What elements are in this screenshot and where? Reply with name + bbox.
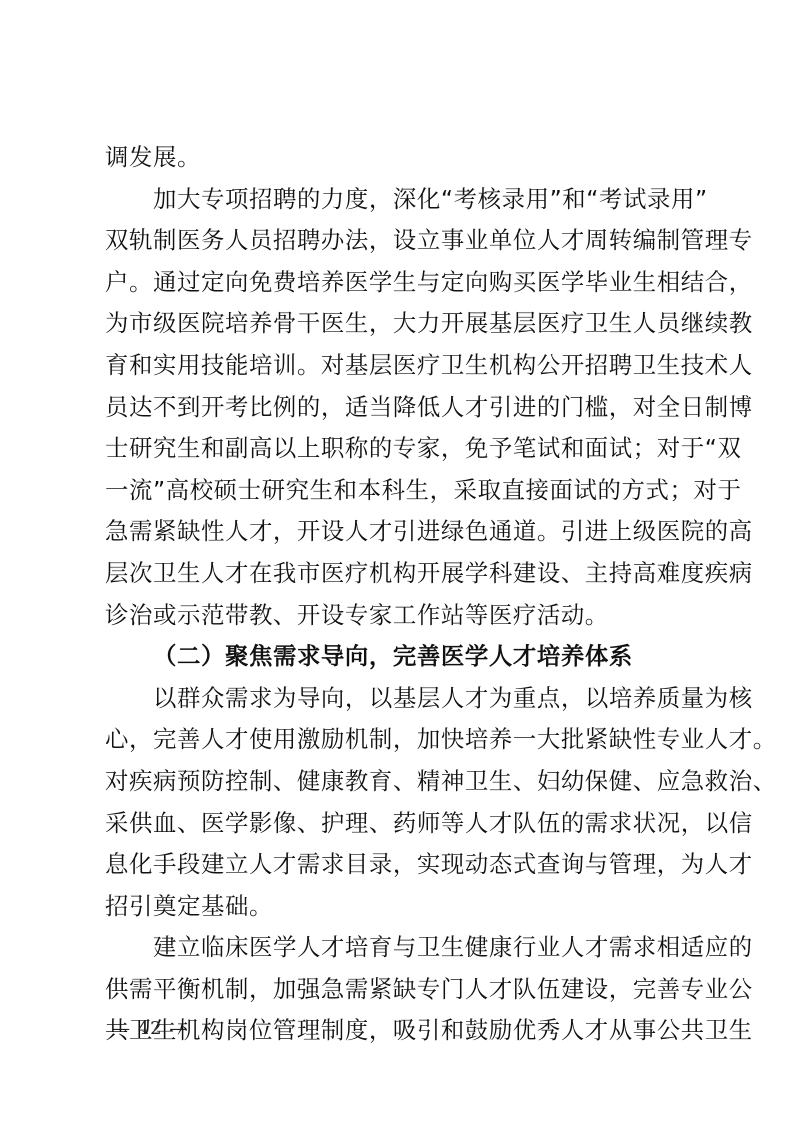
paragraph-line: 士研究生和副高以上职称的专家，免予笔试和面试；对于“双 bbox=[105, 428, 695, 470]
paragraph-line: 为市级医院培养骨干医生，大力开展基层医疗卫生人员继续教 bbox=[105, 303, 695, 345]
paragraph-line: 调发展。 bbox=[105, 137, 695, 179]
paragraph-line: 双轨制医务人员招聘办法，设立事业单位人才周转编制管理专 bbox=[105, 220, 695, 262]
paragraph-line: 一流”高校硕士研究生和本科生，采取直接面试的方式；对于 bbox=[105, 470, 695, 512]
paragraph-line: 员达不到开考比例的，适当降低人才引进的门槛，对全日制博 bbox=[105, 387, 695, 429]
paragraph-line: 急需紧缺性人才，开设人才引进绿色通道。引进上级医院的高 bbox=[105, 511, 695, 553]
document-page: 调发展。 加大专项招聘的力度，深化“考核录用”和“考试录用” 双轨制医务人员招聘… bbox=[0, 0, 793, 1122]
paragraph-line: 招引奠定基础。 bbox=[105, 886, 695, 928]
paragraph-line: 户。通过定向免费培养医学生与定向购买医学毕业生相结合， bbox=[105, 262, 695, 304]
paragraph-line: 以群众需求为导向，以基层人才为重点，以培养质量为核 bbox=[105, 678, 695, 720]
paragraph-line: 采供血、医学影像、护理、药师等人才队伍的需求状况，以信 bbox=[105, 803, 695, 845]
page-number: — 42 — bbox=[112, 1018, 188, 1039]
paragraph-line: 对疾病预防控制、健康教育、精神卫生、妇幼保健、应急救治、 bbox=[105, 761, 695, 803]
paragraph-line: 心，完善人才使用激励机制，加快培养一大批紧缺性专业人才。 bbox=[105, 719, 695, 761]
section-heading: （二）聚焦需求导向，完善医学人才培养体系 bbox=[105, 636, 695, 678]
paragraph-line: 加大专项招聘的力度，深化“考核录用”和“考试录用” bbox=[105, 179, 695, 221]
paragraph-line: 供需平衡机制，加强急需紧缺专门人才队伍建设，完善专业公 bbox=[105, 969, 695, 1011]
body-text: 调发展。 加大专项招聘的力度，深化“考核录用”和“考试录用” 双轨制医务人员招聘… bbox=[105, 137, 695, 1052]
paragraph-line: 诊治或示范带教、开设专家工作站等医疗活动。 bbox=[105, 595, 695, 637]
paragraph-line: 层次卫生人才在我市医疗机构开展学科建设、主持高难度疾病 bbox=[105, 553, 695, 595]
paragraph-line: 建立临床医学人才培育与卫生健康行业人才需求相适应的 bbox=[105, 927, 695, 969]
paragraph-line: 育和实用技能培训。对基层医疗卫生机构公开招聘卫生技术人 bbox=[105, 345, 695, 387]
paragraph-line: 共卫生机构岗位管理制度，吸引和鼓励优秀人才从事公共卫生 bbox=[105, 1010, 695, 1052]
paragraph-line: 息化手段建立人才需求目录，实现动态式查询与管理，为人才 bbox=[105, 844, 695, 886]
